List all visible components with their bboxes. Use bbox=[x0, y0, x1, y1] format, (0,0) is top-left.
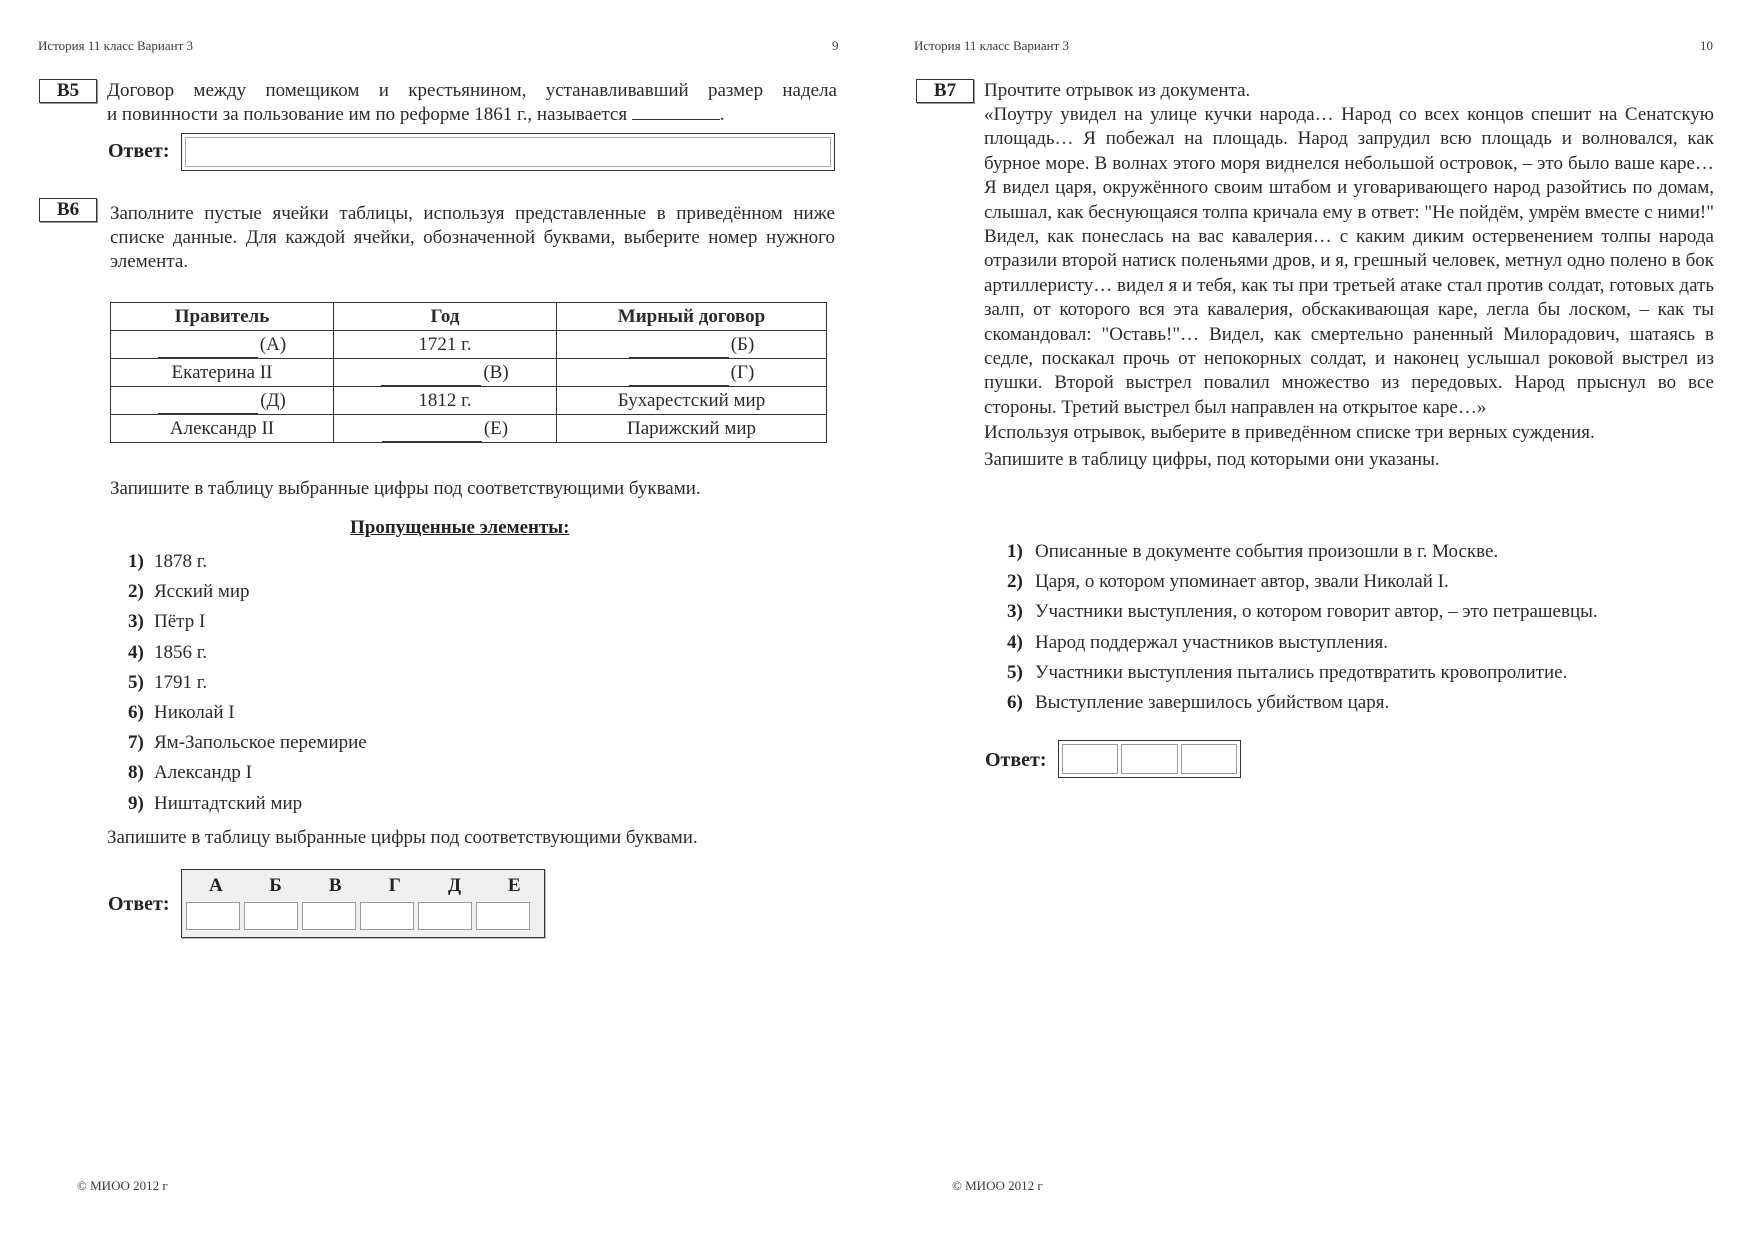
table-row: (А)1721 г.(Б) bbox=[111, 331, 827, 359]
table-cell-blank: (Д) bbox=[111, 387, 334, 415]
answer-cell[interactable] bbox=[302, 902, 356, 930]
list-item: 4)Народ поддержал участников выступления… bbox=[1007, 628, 1598, 658]
option-text: 1878 г. bbox=[154, 551, 207, 572]
option-text: 1856 г. bbox=[154, 642, 207, 663]
b6-answer-table: АБВГДЕ bbox=[181, 869, 545, 938]
col-header-ruler: Правитель bbox=[111, 303, 334, 331]
table-row: Екатерина II(В)(Г) bbox=[111, 359, 827, 387]
table-cell-blank: (Б) bbox=[557, 331, 827, 359]
option-text: Ясский мир bbox=[154, 581, 250, 602]
b6-options-list: 1)1878 г.2)Ясский мир3)Пётр I4)1856 г.5)… bbox=[128, 547, 367, 819]
list-item: 4)1856 г. bbox=[128, 638, 367, 668]
b6-instruction-2: Запишите в таблицу выбранные цифры под с… bbox=[107, 826, 847, 850]
list-item: 3)Участники выступления, о котором говор… bbox=[1007, 597, 1598, 627]
page-header-title: История 11 класс Вариант 3 bbox=[38, 38, 193, 54]
b7-document-quote: «Поутру увидел на улице кучки народа… На… bbox=[984, 103, 1714, 420]
table-cell-blank: (А) bbox=[111, 331, 334, 359]
cell-letter: (Б) bbox=[731, 334, 755, 355]
b7-answer-label: Ответ: bbox=[985, 749, 1047, 772]
question-text-b7: Прочтите отрывок из документа. «Поутру у… bbox=[984, 79, 1714, 472]
option-text: Участники выступления пытались предотвра… bbox=[1035, 662, 1567, 683]
option-number: 5) bbox=[1007, 658, 1035, 688]
question-label-b6: B6 bbox=[39, 198, 97, 222]
fill-in-blank bbox=[382, 421, 482, 442]
b5-answer-field[interactable] bbox=[185, 137, 831, 167]
page-number: 10 bbox=[1700, 38, 1713, 54]
answer-letter: Д bbox=[425, 870, 485, 902]
answer-cell[interactable] bbox=[186, 902, 240, 930]
answer-letter: А bbox=[186, 870, 246, 902]
question-label-b5: B5 bbox=[39, 79, 97, 103]
answer-letters-row: АБВГДЕ bbox=[182, 870, 544, 902]
list-item: 9)Ништадтский мир bbox=[128, 789, 367, 819]
list-item: 1)1878 г. bbox=[128, 547, 367, 577]
question-label-b7: B7 bbox=[916, 79, 974, 103]
list-item: 5)1791 г. bbox=[128, 668, 367, 698]
page-9: История 11 класс Вариант 3 9 B5 Договор … bbox=[0, 0, 877, 1239]
option-number: 6) bbox=[128, 698, 154, 728]
list-item: 6)Николай I bbox=[128, 698, 367, 728]
cell-letter: (А) bbox=[260, 334, 286, 355]
fill-in-blank bbox=[158, 337, 258, 358]
answer-letter: Е bbox=[484, 870, 544, 902]
fill-in-blank bbox=[629, 365, 729, 386]
answer-cell[interactable] bbox=[476, 902, 530, 930]
page-10: История 11 класс Вариант 3 10 B7 Прочтит… bbox=[877, 0, 1754, 1239]
option-number: 7) bbox=[128, 728, 154, 758]
option-text: Ям-Запольское перемирие bbox=[154, 732, 367, 753]
option-number: 4) bbox=[128, 638, 154, 668]
option-text: Царя, о котором упоминает автор, звали Н… bbox=[1035, 571, 1449, 592]
option-text: Пётр I bbox=[154, 611, 205, 632]
list-item: 6)Выступление завершилось убийством царя… bbox=[1007, 688, 1598, 718]
option-number: 5) bbox=[128, 668, 154, 698]
option-number: 1) bbox=[1007, 537, 1035, 567]
table-cell: Бухарестский мир bbox=[557, 387, 827, 415]
question-text-b6: Заполните пустые ячейки таблицы, использ… bbox=[110, 202, 835, 274]
b7-intro: Прочтите отрывок из документа. bbox=[984, 79, 1714, 103]
option-number: 3) bbox=[1007, 597, 1035, 627]
list-item: 5)Участники выступления пытались предотв… bbox=[1007, 658, 1598, 688]
list-item: 1)Описанные в документе события произошл… bbox=[1007, 537, 1598, 567]
b7-task-1: Используя отрывок, выберите в приведённо… bbox=[984, 421, 1714, 445]
option-text: Александр I bbox=[154, 762, 252, 783]
missing-elements-title: Пропущенные элементы: bbox=[350, 517, 569, 539]
answer-cells-row bbox=[182, 902, 544, 930]
b5-answer-label: Ответ: bbox=[108, 140, 170, 163]
b7-answer-cell-3[interactable] bbox=[1181, 744, 1237, 774]
list-item: 3)Пётр I bbox=[128, 607, 367, 637]
option-number: 8) bbox=[128, 758, 154, 788]
option-text: Участники выступления, о котором говорит… bbox=[1035, 601, 1598, 622]
b5-blank bbox=[632, 103, 720, 120]
col-header-year: Год bbox=[334, 303, 557, 331]
option-number: 3) bbox=[128, 607, 154, 637]
b5-line1: Договор между помещиком и крестьянином, … bbox=[107, 79, 837, 103]
b7-task-2: Запишите в таблицу цифры, под которыми о… bbox=[984, 448, 1714, 472]
option-text: Николай I bbox=[154, 702, 235, 723]
cell-letter: (В) bbox=[483, 362, 508, 383]
fill-in-blank bbox=[381, 365, 481, 386]
table-cell: 1812 г. bbox=[334, 387, 557, 415]
cell-letter: (Е) bbox=[484, 418, 508, 439]
rulers-table: Правитель Год Мирный договор (А)1721 г.(… bbox=[110, 302, 827, 443]
option-text: Выступление завершилось убийством царя. bbox=[1035, 692, 1389, 713]
page-number: 9 bbox=[832, 38, 839, 54]
option-text: Народ поддержал участников выступления. bbox=[1035, 632, 1388, 653]
b7-answer-cell-2[interactable] bbox=[1121, 744, 1177, 774]
option-text: Описанные в документе события произошли … bbox=[1035, 541, 1498, 562]
b5-answer-input[interactable] bbox=[181, 133, 835, 171]
page-footer-copyright: © МИОО 2012 г bbox=[952, 1178, 1043, 1194]
answer-letter: Г bbox=[365, 870, 425, 902]
answer-cell[interactable] bbox=[360, 902, 414, 930]
b7-answer-cell-1[interactable] bbox=[1062, 744, 1118, 774]
cell-letter: (Д) bbox=[260, 390, 286, 411]
b5-line2: и повинности за пользование им по реформ… bbox=[107, 104, 627, 125]
list-item: 8)Александр I bbox=[128, 758, 367, 788]
option-number: 1) bbox=[128, 547, 154, 577]
fill-in-blank bbox=[629, 337, 729, 358]
table-row: Александр II(Е)Парижский мир bbox=[111, 415, 827, 443]
option-number: 9) bbox=[128, 789, 154, 819]
page-header-title: История 11 класс Вариант 3 bbox=[914, 38, 1069, 54]
option-number: 4) bbox=[1007, 628, 1035, 658]
question-text-b5: Договор между помещиком и крестьянином, … bbox=[107, 79, 837, 127]
list-item: 2)Царя, о котором упоминает автор, звали… bbox=[1007, 567, 1598, 597]
list-item: 2)Ясский мир bbox=[128, 577, 367, 607]
b6-answer-label: Ответ: bbox=[108, 893, 170, 916]
answer-letter: Б bbox=[246, 870, 306, 902]
fill-in-blank bbox=[158, 393, 258, 414]
b7-answer-table bbox=[1058, 740, 1241, 778]
b6-instruction-1: Запишите в таблицу выбранные цифры под с… bbox=[110, 477, 850, 501]
list-item: 7)Ям-Запольское перемирие bbox=[128, 728, 367, 758]
option-number: 2) bbox=[128, 577, 154, 607]
table-cell-blank: (Г) bbox=[557, 359, 827, 387]
page-footer-copyright: © МИОО 2012 г bbox=[77, 1178, 168, 1194]
b7-options-list: 1)Описанные в документе события произошл… bbox=[1007, 537, 1598, 718]
b5-end: . bbox=[720, 104, 725, 125]
table-cell: Александр II bbox=[111, 415, 334, 443]
table-row: (Д)1812 г.Бухарестский мир bbox=[111, 387, 827, 415]
col-header-treaty: Мирный договор bbox=[557, 303, 827, 331]
table-cell-blank: (Е) bbox=[334, 415, 557, 443]
cell-letter: (Г) bbox=[731, 362, 755, 383]
table-cell-blank: (В) bbox=[334, 359, 557, 387]
answer-cell[interactable] bbox=[244, 902, 298, 930]
answer-letter: В bbox=[305, 870, 365, 902]
option-number: 2) bbox=[1007, 567, 1035, 597]
option-number: 6) bbox=[1007, 688, 1035, 718]
option-text: 1791 г. bbox=[154, 672, 207, 693]
table-cell: Екатерина II bbox=[111, 359, 334, 387]
table-cell: Парижский мир bbox=[557, 415, 827, 443]
table-cell: 1721 г. bbox=[334, 331, 557, 359]
option-text: Ништадтский мир bbox=[154, 793, 302, 814]
answer-cell[interactable] bbox=[418, 902, 472, 930]
